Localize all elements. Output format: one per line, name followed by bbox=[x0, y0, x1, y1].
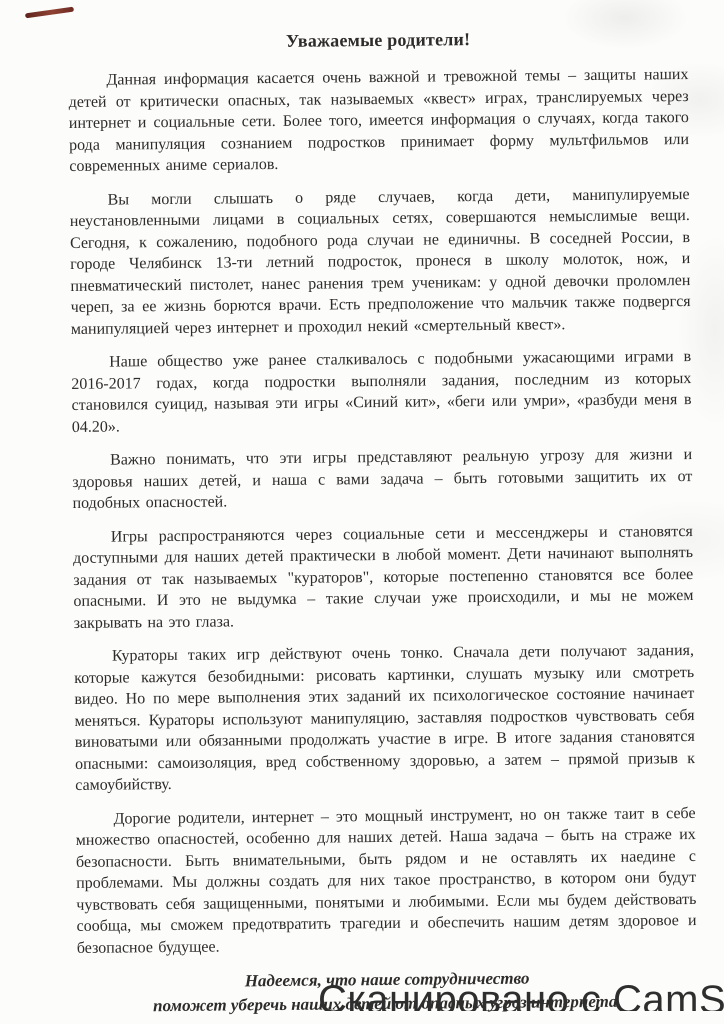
camscanner-watermark-text: Сканировано с CamScanner bbox=[318, 983, 724, 1011]
camscanner-watermark: Сканировано с CamScanner bbox=[318, 983, 724, 1011]
letter-paragraph: Вы могли слышать о ряде случаев, когда д… bbox=[70, 184, 691, 340]
letter-body: Уважаемые родители! Данная информация ка… bbox=[68, 27, 697, 1019]
letter-paragraph: Важно понимать, что эти игры представляю… bbox=[72, 444, 693, 514]
red-pen-stroke bbox=[25, 7, 74, 19]
letter-paragraph: Игры распространяются через социальные с… bbox=[73, 521, 694, 634]
letter-paragraph: Дорогие родители, интернет – это мощный … bbox=[75, 802, 696, 958]
letter-paragraph: Данная информация касается очень важной … bbox=[68, 64, 689, 177]
letter-paragraph: Наше общество уже ранее сталкивалось с п… bbox=[71, 346, 692, 438]
letter-title: Уважаемые родители! bbox=[68, 27, 688, 54]
scanned-page: Уважаемые родители! Данная информация ка… bbox=[0, 0, 724, 1024]
letter-paragraph: Кураторы таких игр действуют очень тонко… bbox=[74, 640, 695, 796]
